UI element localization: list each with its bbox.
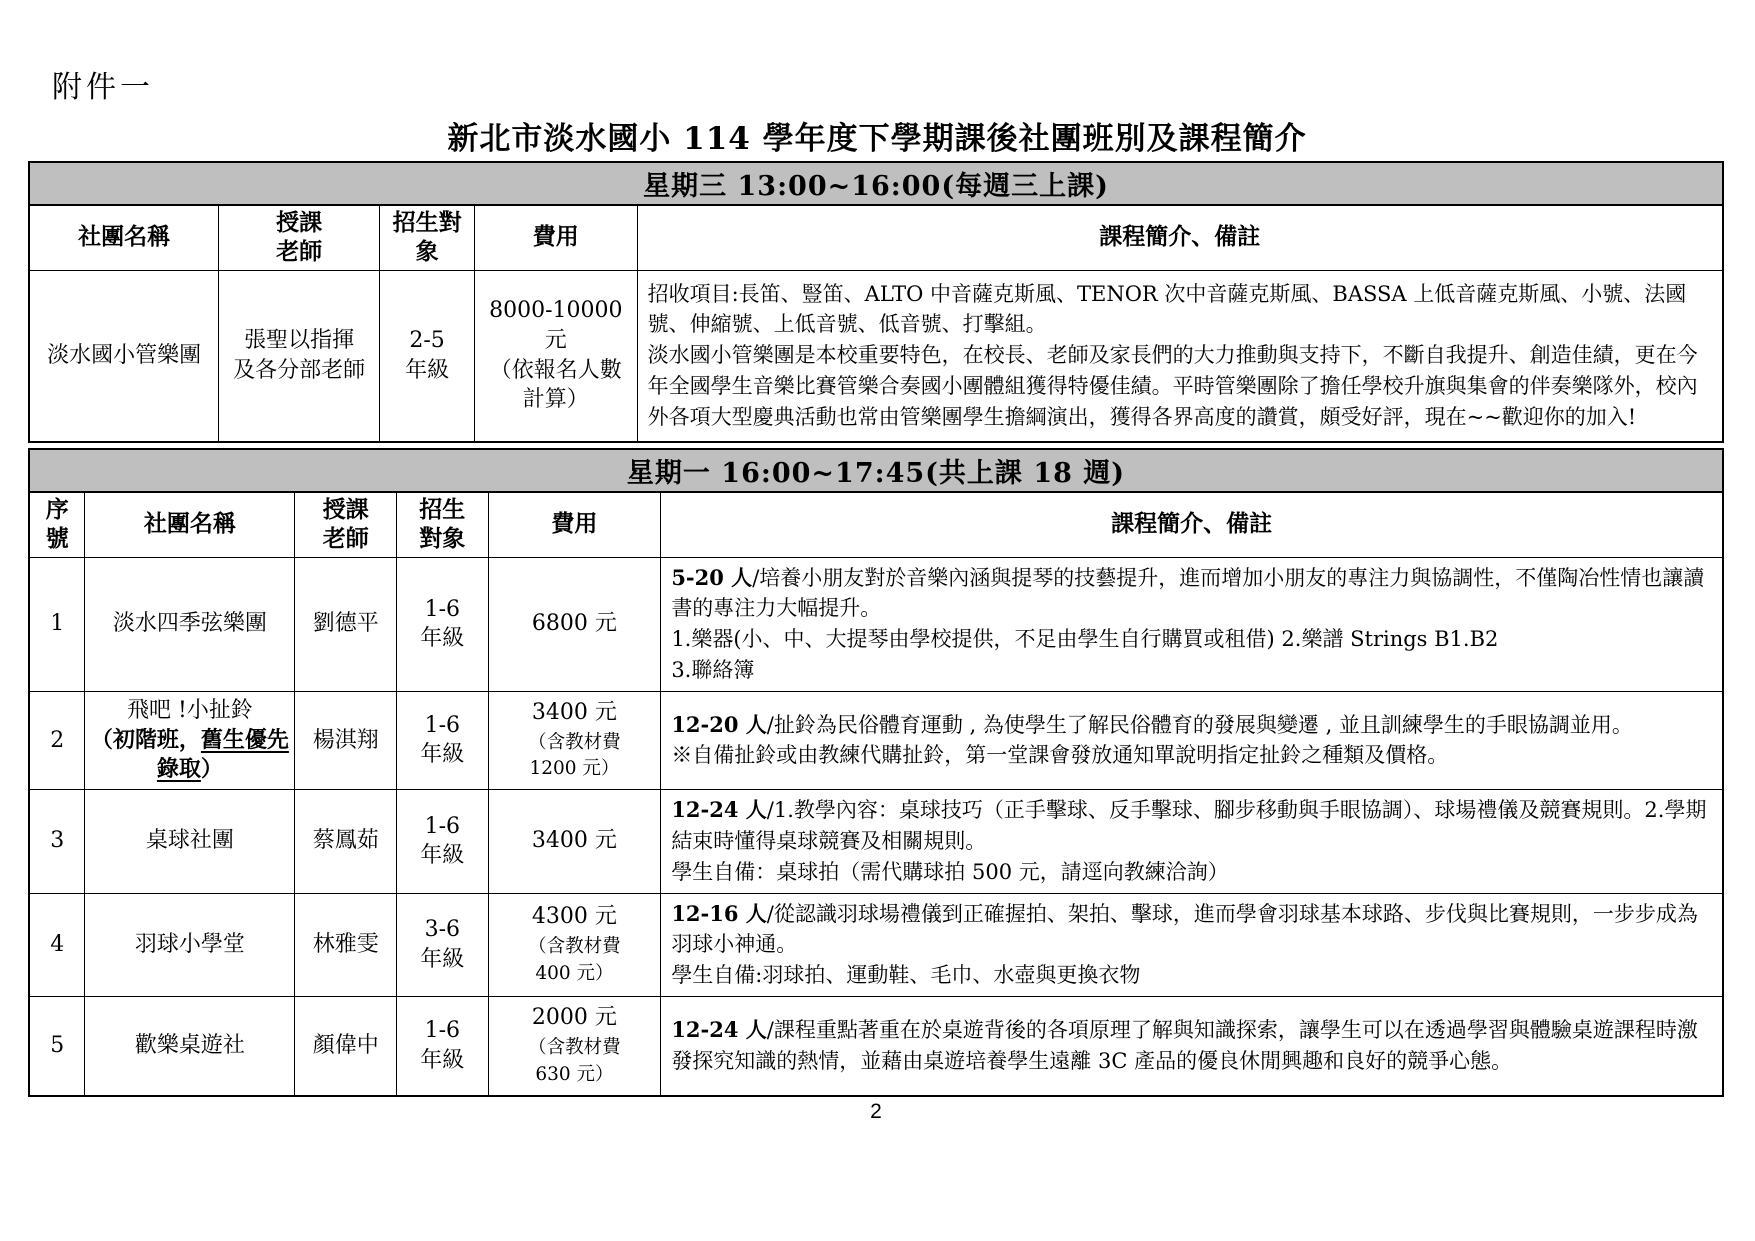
monday-header-row: 序 號 社團名稱 授課 老師 招生 對象 費用 課程簡介、備註 [29, 492, 1723, 557]
club-name-cell: 淡水四季弦樂團 [85, 557, 295, 691]
capacity-text: 5-20 人 [671, 565, 752, 590]
club-row-table-tennis: 3 桌球社團 蔡鳳茹 1-6 年級 3400 元 12-24 人/1.教學內容：… [29, 790, 1723, 894]
row-number-cell: 5 [29, 997, 85, 1096]
fee-cell: 8000-10000 元 （依報名人數 計算） [475, 270, 638, 442]
target-cell: 1-6 年級 [397, 997, 488, 1096]
intro-paragraph: 招收項目:長笛、豎笛、ALTO 中音薩克斯風、TENOR 次中音薩克斯風、BAS… [648, 279, 1710, 341]
col-header-club-name: 社團名稱 [29, 205, 219, 270]
club-name-line: 飛吧 !小扯鈴 [89, 696, 290, 726]
row-number-cell: 4 [29, 893, 85, 997]
col-header-intro: 課程簡介、備註 [661, 492, 1723, 557]
col-header-intro: 課程簡介、備註 [637, 205, 1723, 270]
teacher-cell: 蔡鳳茹 [295, 790, 397, 894]
monday-section-title: 星期一 16:00~17:45(共上課 18 週) [29, 449, 1723, 492]
col-header-club-name: 社團名稱 [85, 492, 295, 557]
col-header-fee: 費用 [488, 492, 661, 557]
club-row-strings: 1 淡水四季弦樂團 劉德平 1-6 年級 6800 元 5-20 人/培養小朋友… [29, 557, 1723, 691]
row-number-cell: 1 [29, 557, 85, 691]
intro-cell: 招收項目:長笛、豎笛、ALTO 中音薩克斯風、TENOR 次中音薩克斯風、BAS… [637, 270, 1723, 442]
attachment-label: 附件一 [52, 62, 154, 106]
col-header-target: 招生對 象 [380, 205, 475, 270]
fee-material-note: （含教材費 400 元） [493, 934, 657, 988]
col-header-number: 序 號 [29, 492, 85, 557]
teacher-cell: 張聖以指揮 及各分部老師 [219, 270, 380, 442]
intro-paragraph: 學生自備:羽球拍、運動鞋、毛巾、水壺與更換衣物 [671, 960, 1710, 991]
fee-material-note: （含教材費 630 元） [493, 1035, 657, 1089]
document-body: 星期三 13:00~16:00(每週三上課) 社團名稱 授課 老師 招生對 象 … [28, 161, 1724, 1097]
page-number: 2 [28, 1100, 1724, 1124]
target-cell: 2-5 年級 [380, 270, 475, 442]
page-title: 新北市淡水國小 114 學年度下學期課後社團班別及課程簡介 [30, 113, 1724, 158]
capacity-text: 12-16 人 [671, 901, 766, 926]
target-cell: 1-6 年級 [397, 691, 488, 789]
teacher-cell: 顏偉中 [295, 997, 397, 1096]
capacity-text: 12-24 人 [671, 797, 766, 822]
teacher-cell: 劉德平 [295, 557, 397, 691]
club-row-badminton: 4 羽球小學堂 林雅雯 3-6 年級 4300 元 （含教材費 400 元） 1… [29, 893, 1723, 997]
fee-cell: 4300 元 （含教材費 400 元） [488, 893, 661, 997]
club-row-board-games: 5 歡樂桌遊社 顏偉中 1-6 年級 2000 元 （含教材費 630 元） 1… [29, 997, 1723, 1096]
row-number-cell: 2 [29, 691, 85, 789]
club-name-cell: 飛吧 !小扯鈴 （初階班，舊生優先錄取） [85, 691, 295, 789]
fee-material-note: （含教材費 1200 元） [493, 730, 657, 784]
target-cell: 3-6 年級 [397, 893, 488, 997]
teacher-cell: 楊淇翔 [295, 691, 397, 789]
col-header-target: 招生 對象 [397, 492, 488, 557]
fee-cell: 6800 元 [488, 557, 661, 691]
wednesday-clubs-table: 星期三 13:00~16:00(每週三上課) 社團名稱 授課 老師 招生對 象 … [28, 161, 1724, 443]
club-name-cell: 淡水國小管樂團 [29, 270, 219, 442]
fee-cell: 3400 元 （含教材費 1200 元） [488, 691, 661, 789]
intro-paragraph: 淡水國小管樂團是本校重要特色，在校長、老師及家長們的大力推動與支持下，不斷自我提… [648, 340, 1710, 433]
club-row-band: 淡水國小管樂團 張聖以指揮 及各分部老師 2-5 年級 8000-10000 元… [29, 270, 1723, 442]
fee-main: 3400 元 [493, 698, 657, 728]
intro-cell: 5-20 人/培養小朋友對於音樂內涵與提琴的技藝提升，進而增加小朋友的專注力與協… [661, 557, 1723, 691]
capacity-text: 12-20 人 [671, 712, 766, 737]
col-header-teacher: 授課 老師 [219, 205, 380, 270]
intro-cell: 12-24 人/1.教學內容：桌球技巧（正手擊球、反手擊球、腳步移動與手眼協調）… [661, 790, 1723, 894]
intro-paragraph: 12-16 人/從認識羽球場禮儀到正確握拍、架拍、擊球，進而學會羽球基本球路、步… [671, 899, 1710, 961]
fee-main: 4300 元 [493, 902, 657, 932]
target-cell: 1-6 年級 [397, 557, 488, 691]
intro-cell: 12-24 人/課程重點著重在於桌遊背後的各項原理了解與知識探索，讓學生可以在透… [661, 997, 1723, 1096]
fee-cell: 3400 元 [488, 790, 661, 894]
club-row-diabolo: 2 飛吧 !小扯鈴 （初階班，舊生優先錄取） 楊淇翔 1-6 年級 3400 元… [29, 691, 1723, 789]
intro-paragraph: 5-20 人/培養小朋友對於音樂內涵與提琴的技藝提升，進而增加小朋友的專注力與協… [671, 563, 1710, 625]
row-number-cell: 3 [29, 790, 85, 894]
capacity-text: 12-24 人 [671, 1017, 766, 1042]
intro-paragraph: 12-24 人/課程重點著重在於桌遊背後的各項原理了解與知識探索，讓學生可以在透… [671, 1015, 1710, 1077]
club-name-cell: 歡樂桌遊社 [85, 997, 295, 1096]
club-name-line: （初階班，舊生優先錄取） [89, 726, 290, 785]
col-header-fee: 費用 [475, 205, 638, 270]
club-name-cell: 羽球小學堂 [85, 893, 295, 997]
fee-cell: 2000 元 （含教材費 630 元） [488, 997, 661, 1096]
club-name-cell: 桌球社團 [85, 790, 295, 894]
teacher-cell: 林雅雯 [295, 893, 397, 997]
intro-paragraph: 12-24 人/1.教學內容：桌球技巧（正手擊球、反手擊球、腳步移動與手眼協調）… [671, 795, 1710, 857]
fee-main: 2000 元 [493, 1003, 657, 1033]
intro-paragraph: ※自備扯鈴或由教練代購扯鈴，第一堂課會發放通知單說明指定扯鈴之種類及價格。 [671, 740, 1710, 771]
target-cell: 1-6 年級 [397, 790, 488, 894]
intro-paragraph: 1.樂器(小、中、大提琴由學校提供，不足由學生自行購買或租借) 2.樂譜 Str… [671, 624, 1710, 655]
intro-paragraph: 學生自備：桌球拍（需代購球拍 500 元，請逕向教練洽詢） [671, 857, 1710, 888]
intro-cell: 12-16 人/從認識羽球場禮儀到正確握拍、架拍、擊球，進而學會羽球基本球路、步… [661, 893, 1723, 997]
wednesday-header-row: 社團名稱 授課 老師 招生對 象 費用 課程簡介、備註 [29, 205, 1723, 270]
col-header-teacher: 授課 老師 [295, 492, 397, 557]
wednesday-section-title: 星期三 13:00~16:00(每週三上課) [29, 162, 1723, 205]
wednesday-section-band: 星期三 13:00~16:00(每週三上課) [29, 162, 1723, 205]
intro-paragraph: 3.聯絡簿 [671, 655, 1710, 686]
intro-paragraph: 12-20 人/扯鈴為民俗體育運動 , 為使學生了解民俗體育的發展與變遷 , 並… [671, 710, 1710, 741]
monday-section-band: 星期一 16:00~17:45(共上課 18 週) [29, 449, 1723, 492]
intro-cell: 12-20 人/扯鈴為民俗體育運動 , 為使學生了解民俗體育的發展與變遷 , 並… [661, 691, 1723, 789]
monday-clubs-table: 星期一 16:00~17:45(共上課 18 週) 序 號 社團名稱 授課 老師… [28, 448, 1724, 1097]
